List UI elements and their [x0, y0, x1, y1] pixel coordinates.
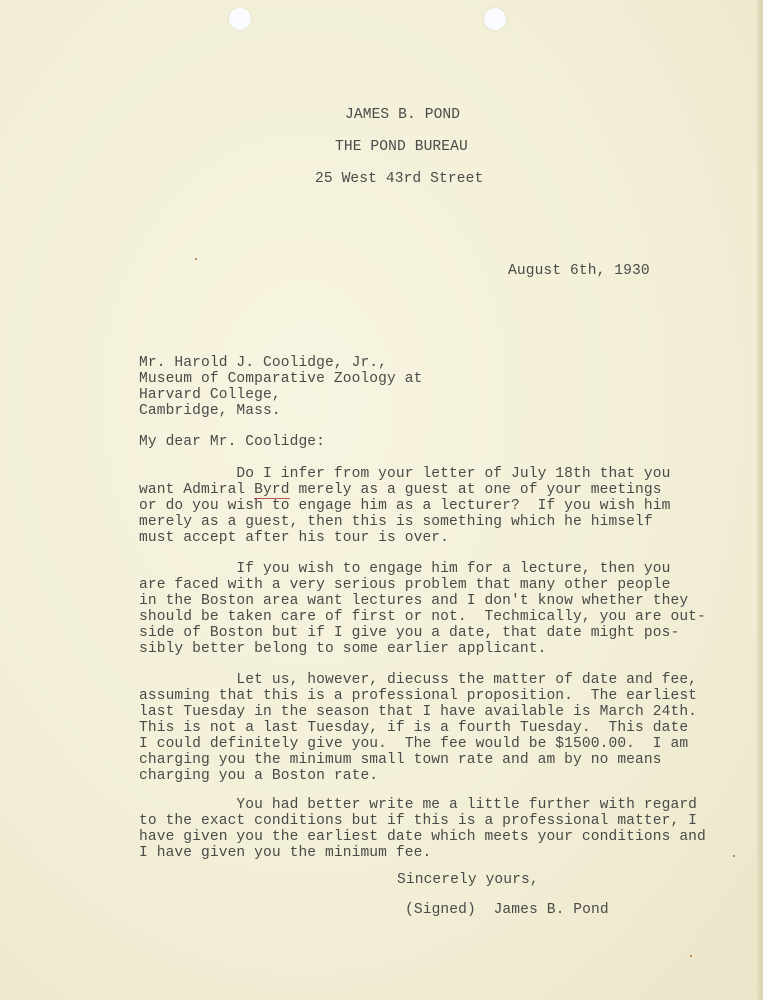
recipient-line: Museum of Comparative Zoology at: [139, 371, 422, 387]
paragraph-3-line: I could definitely give you. The fee wou…: [139, 736, 688, 752]
punch-hole-right: [484, 8, 506, 30]
letter-page: JAMES B. POND THE POND BUREAU 25 West 43…: [0, 0, 763, 1000]
paragraph-2-line: side of Boston but if I give you a date,…: [139, 625, 679, 641]
paragraph-4-line: I have given you the minimum fee.: [139, 845, 431, 861]
paragraph-4-line: have given you the earliest date which m…: [139, 829, 706, 845]
paragraph-1-line: must accept after his tour is over.: [139, 530, 449, 546]
paragraph-1-line: Do I infer from your letter of July 18th…: [139, 466, 670, 482]
paragraph-2-line: in the Boston area want lectures and I d…: [139, 593, 688, 609]
paragraph-2-line: should be taken care of first or not. Te…: [139, 609, 706, 625]
paper-speck: [733, 855, 735, 857]
page-edge: [757, 0, 763, 1000]
letterhead-name: JAMES B. POND: [345, 107, 460, 123]
letter-date: August 6th, 1930: [508, 263, 650, 279]
paragraph-1-line: merely as a guest, then this is somethin…: [139, 514, 653, 530]
paragraph-4-line: to the exact conditions but if this is a…: [139, 813, 697, 829]
text-segment: want Admiral: [139, 482, 254, 498]
recipient-line: Cambridge, Mass.: [139, 403, 281, 419]
paragraph-3-line: This is not a last Tuesday, if is a four…: [139, 720, 688, 736]
recipient-line: Harvard College,: [139, 387, 281, 403]
paragraph-3-line: last Tuesday in the season that I have a…: [139, 704, 697, 720]
recipient-line: Mr. Harold J. Coolidge, Jr.,: [139, 355, 387, 371]
paragraph-3-line: Let us, however, diecuss the matter of d…: [139, 672, 697, 688]
paper-speck: [195, 258, 197, 260]
signature: (Signed) James B. Pond: [405, 902, 609, 918]
letterhead-address: 25 West 43rd Street: [315, 171, 483, 187]
paragraph-3-line: charging you the minimum small town rate…: [139, 752, 662, 768]
paragraph-2-line: sibly better belong to some earlier appl…: [139, 641, 546, 657]
paper-speck: [690, 955, 692, 957]
paragraph-4-line: You had better write me a little further…: [139, 797, 697, 813]
text-segment: merely as a guest at one of your meeting…: [298, 482, 661, 498]
paragraph-1-line: or do you wish to engage him as a lectur…: [139, 498, 670, 514]
closing: Sincerely yours,: [397, 872, 539, 888]
underlined-name: Byrd: [254, 482, 289, 499]
paragraph-3-line: charging you a Boston rate.: [139, 768, 378, 784]
letterhead-organization: THE POND BUREAU: [335, 139, 468, 155]
paragraph-2-line: If you wish to engage him for a lecture,…: [139, 561, 670, 577]
paragraph-1-line: want Admiral Byrd merely as a guest at o…: [139, 482, 662, 498]
paragraph-2-line: are faced with a very serious problem th…: [139, 577, 670, 593]
punch-hole-left: [229, 8, 251, 30]
paragraph-3-line: assuming that this is a professional pro…: [139, 688, 697, 704]
salutation: My dear Mr. Coolidge:: [139, 434, 325, 450]
